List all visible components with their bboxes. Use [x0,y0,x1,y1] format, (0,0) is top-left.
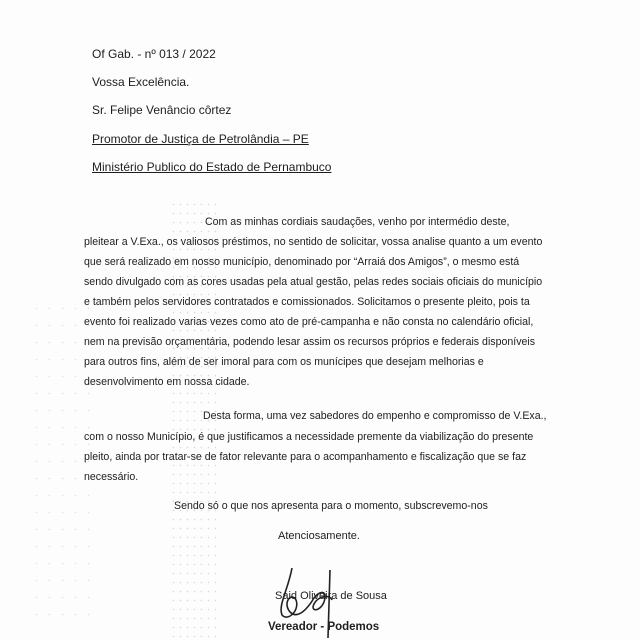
paragraph1-line: Com as minhas cordiais saudações, venho … [205,216,482,229]
signer-role: Vereador - Podemos [268,621,379,633]
paragraph1-line: para outros fins, além de ser imoral par… [84,356,482,369]
recipient-organization: Ministério Publico do Estado de Pernambu… [92,160,331,174]
paragraph1-line: sendo divulgado com as cores usadas pela… [84,276,482,289]
paragraph1-line: nem na previsão orçamentária, podendo le… [84,336,482,349]
paragraph1-line: pleitear a V.Exa., os valiosos préstimos… [84,236,482,249]
recipient-title: Promotor de Justiça de Petrolândia – PE [92,132,309,146]
paragraph2-line: Desta forma, uma vez sabedores do empenh… [203,410,482,423]
paragraph1-line: desenvolvimento em nossa cidade. [84,376,482,389]
salutation: Vossa Excelência. [92,75,189,89]
scanned-letter-page: Of Gab. - nº 013 / 2022 Vossa Excelência… [0,0,640,640]
closing-line: Sendo só o que nos apresenta para o mome… [174,500,488,512]
office-reference: Of Gab. - nº 013 / 2022 [92,47,216,61]
signer-name: Said Oliveira de Sousa [275,590,387,602]
paragraph1-line: que será realizado em nosso município, d… [84,256,482,269]
paragraph1-line: e também pelos servidores contratados e … [84,296,482,309]
paragraph2-line: pleito, ainda por tratar-se de fator rel… [84,451,482,464]
paragraph2-line: com o nosso Município, é que justificamo… [84,431,482,444]
recipient-name: Sr. Felipe Venâncio côrtez [92,103,231,117]
paragraph1-line: evento foi realizado varias vezes como a… [84,316,482,329]
regards: Atenciosamente. [278,530,360,542]
scan-noise [30,300,90,620]
paragraph2-line: necessário. [84,471,482,484]
